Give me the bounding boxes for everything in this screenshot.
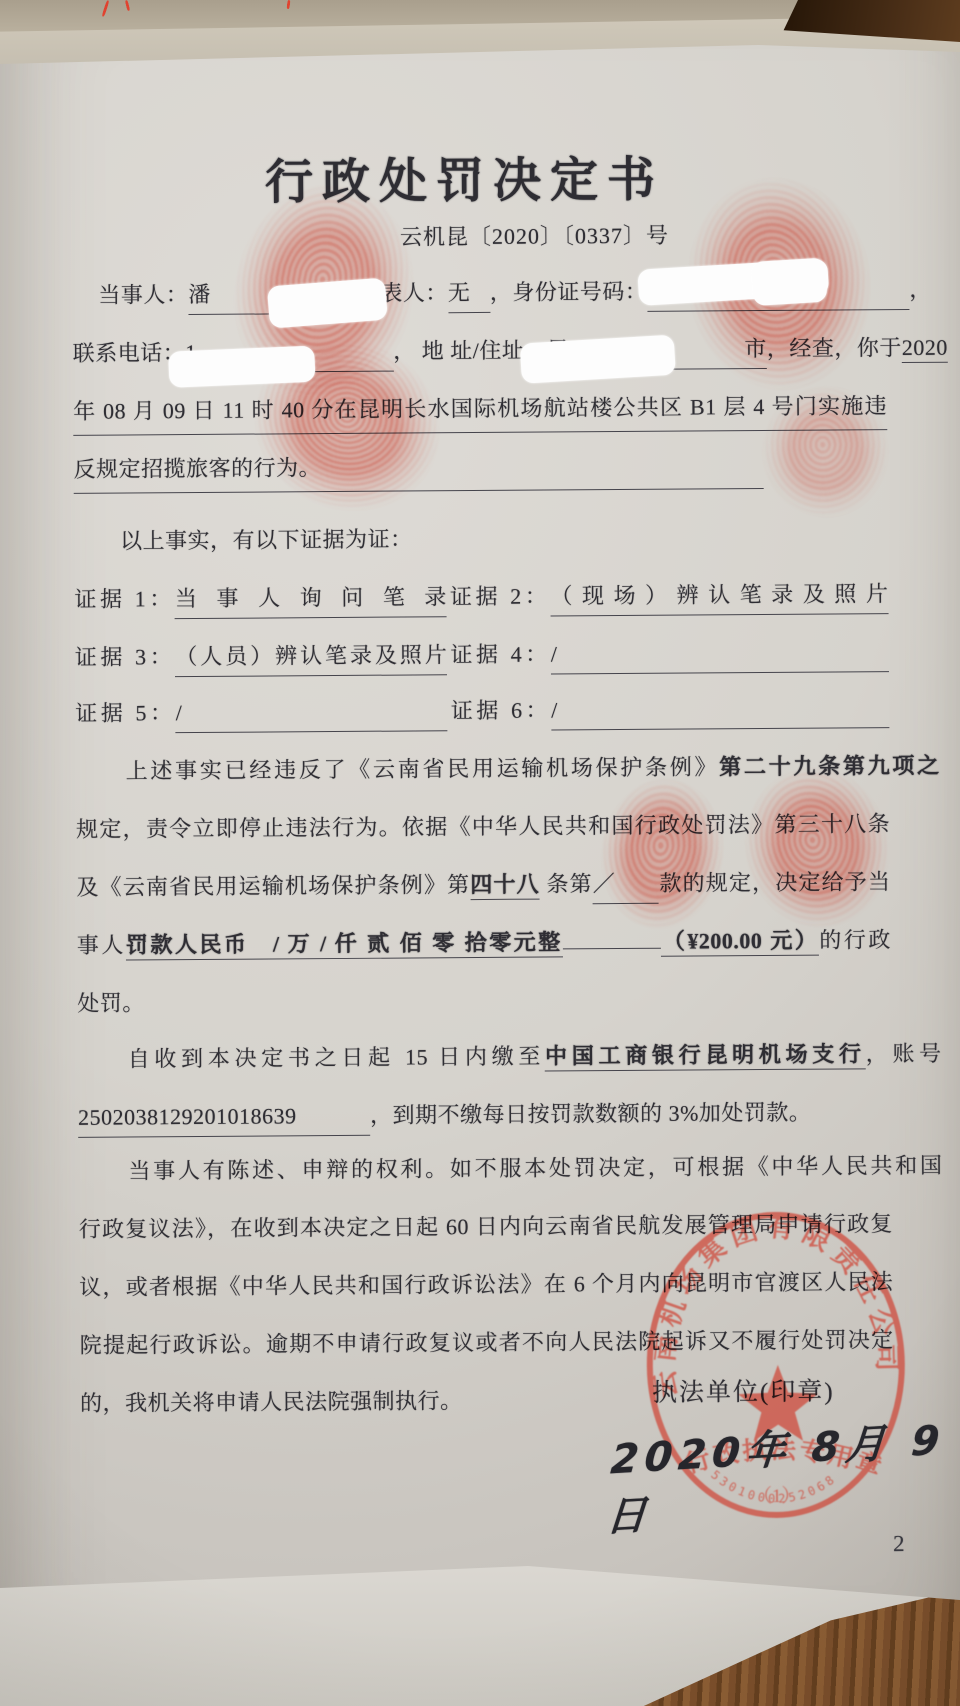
document-paper: 行政处罚决定书 云机昆〔2020〕〔0337〕号 当事人：潘、法定代表人：无，身… [0,0,960,1706]
party-label: 当事人： [98,282,188,308]
ruling-l4-tail: 的行政 [819,927,891,952]
evidence-row-2: 证据 3：（人员）辨认笔录及照片证据 4：/ [75,635,889,678]
evidence-2-value: （现场）辨认笔录及照片 [550,577,888,616]
evidence-3-value: （人员）辨认笔录及照片 [175,638,447,677]
id-label: ，身份证号码： [490,279,648,305]
redaction-id-number [751,258,827,306]
evidence-intro: 以上事实，有以下证据为证： [74,519,934,559]
payment-line-2: 2502038129201018639，到期不缴每日按罚款数额的 3%加处罚款。 [78,1095,892,1138]
ruling-l3-text: 及《云南省民用运输机场保护条例》第 [76,872,470,900]
evidence-1-value: 当事人询问笔录 [175,580,447,619]
year-value: 2020 [902,335,948,363]
redaction-phone [168,346,315,388]
fingerprint [759,382,892,521]
legal-rep-value: 无 [448,276,490,313]
evidence-4-value: / [551,635,889,674]
bank-name: 中国工商银行昆明机场支行 [545,1041,866,1071]
svg-text:云南机场集团有限责任公司: 云南机场集团有限责任公司 [648,1211,902,1400]
document-content: 行政处罚决定书 云机昆〔2020〕〔0337〕号 当事人：潘、法定代表人：无，身… [0,0,960,1706]
fingerprint [588,767,736,941]
evidence-1-label: 证据 1： [74,586,175,612]
ruling-line-5: 处罚。 [77,981,891,1021]
evidence-2-label: 证据 2： [447,584,551,610]
evidence-6-value: / [551,691,889,730]
comma: ， [909,277,932,302]
rights-line-1: 当事人有陈述、申辩的权利。如不服本处罚决定，可根据《中华人民共和国 [78,1149,942,1189]
account-number: 2502038129201018639 [78,1099,370,1138]
ruling-l4-lead: 事人 [77,932,126,957]
evidence-6-label: 证据 6： [448,698,552,724]
evidence-row-1: 证据 1：当事人询问笔录证据 2：（现场）辨认笔录及照片 [74,577,888,620]
evidence-4-label: 证据 4： [447,642,551,668]
payment-l1-text: 自收到本决定书之日起 15 日内缴至 [128,1044,546,1072]
redaction-address [520,335,676,384]
fine-underline-gap [563,946,661,950]
page-number: 2 [893,1531,905,1557]
handwritten-date: 2020年 8月 9日 [604,1407,960,1543]
ruling-article-blank: 四十八 [470,872,540,900]
payment-line-1: 自收到本决定书之日起 15 日内缴至中国工商银行昆明机场支行，账号 [78,1037,942,1077]
fine-amount-numeric: （¥200.00 元） [661,928,820,957]
ruling-l3-mid: 条第 [540,871,593,896]
evidence-row-3: 证据 5：/证据 6：/ [75,691,889,734]
ruling-l1-text: 上述事实已经违反了《云南省民用运输机场保护条例》 [126,754,720,783]
ruling-line-4: 事人罚款人民币 / 万 / 仟 贰 佰 零 拾零元整（¥200.00 元）的行政 [77,923,891,963]
payment-l1-tail: ，账号 [866,1041,942,1067]
document-number: 云机昆〔2020〕〔0337〕号 [400,219,669,252]
evidence-5-label: 证据 5： [75,700,176,726]
evidence-5-value: / [176,694,448,733]
photo-of-penalty-decision: 行政处罚决定书 云机昆〔2020〕〔0337〕号 当事人：潘、法定代表人：无，身… [0,0,960,1706]
evidence-3-label: 证据 3： [75,644,176,670]
payment-l2-tail: ，到期不缴每日按罚款数额的 3%加处罚款。 [370,1100,811,1128]
fine-amount-words: 罚款人民币 / 万 / 仟 贰 佰 零 拾零元整 [126,929,563,960]
seal-company-text: 云南机场集团有限责任公司 [648,1211,902,1400]
